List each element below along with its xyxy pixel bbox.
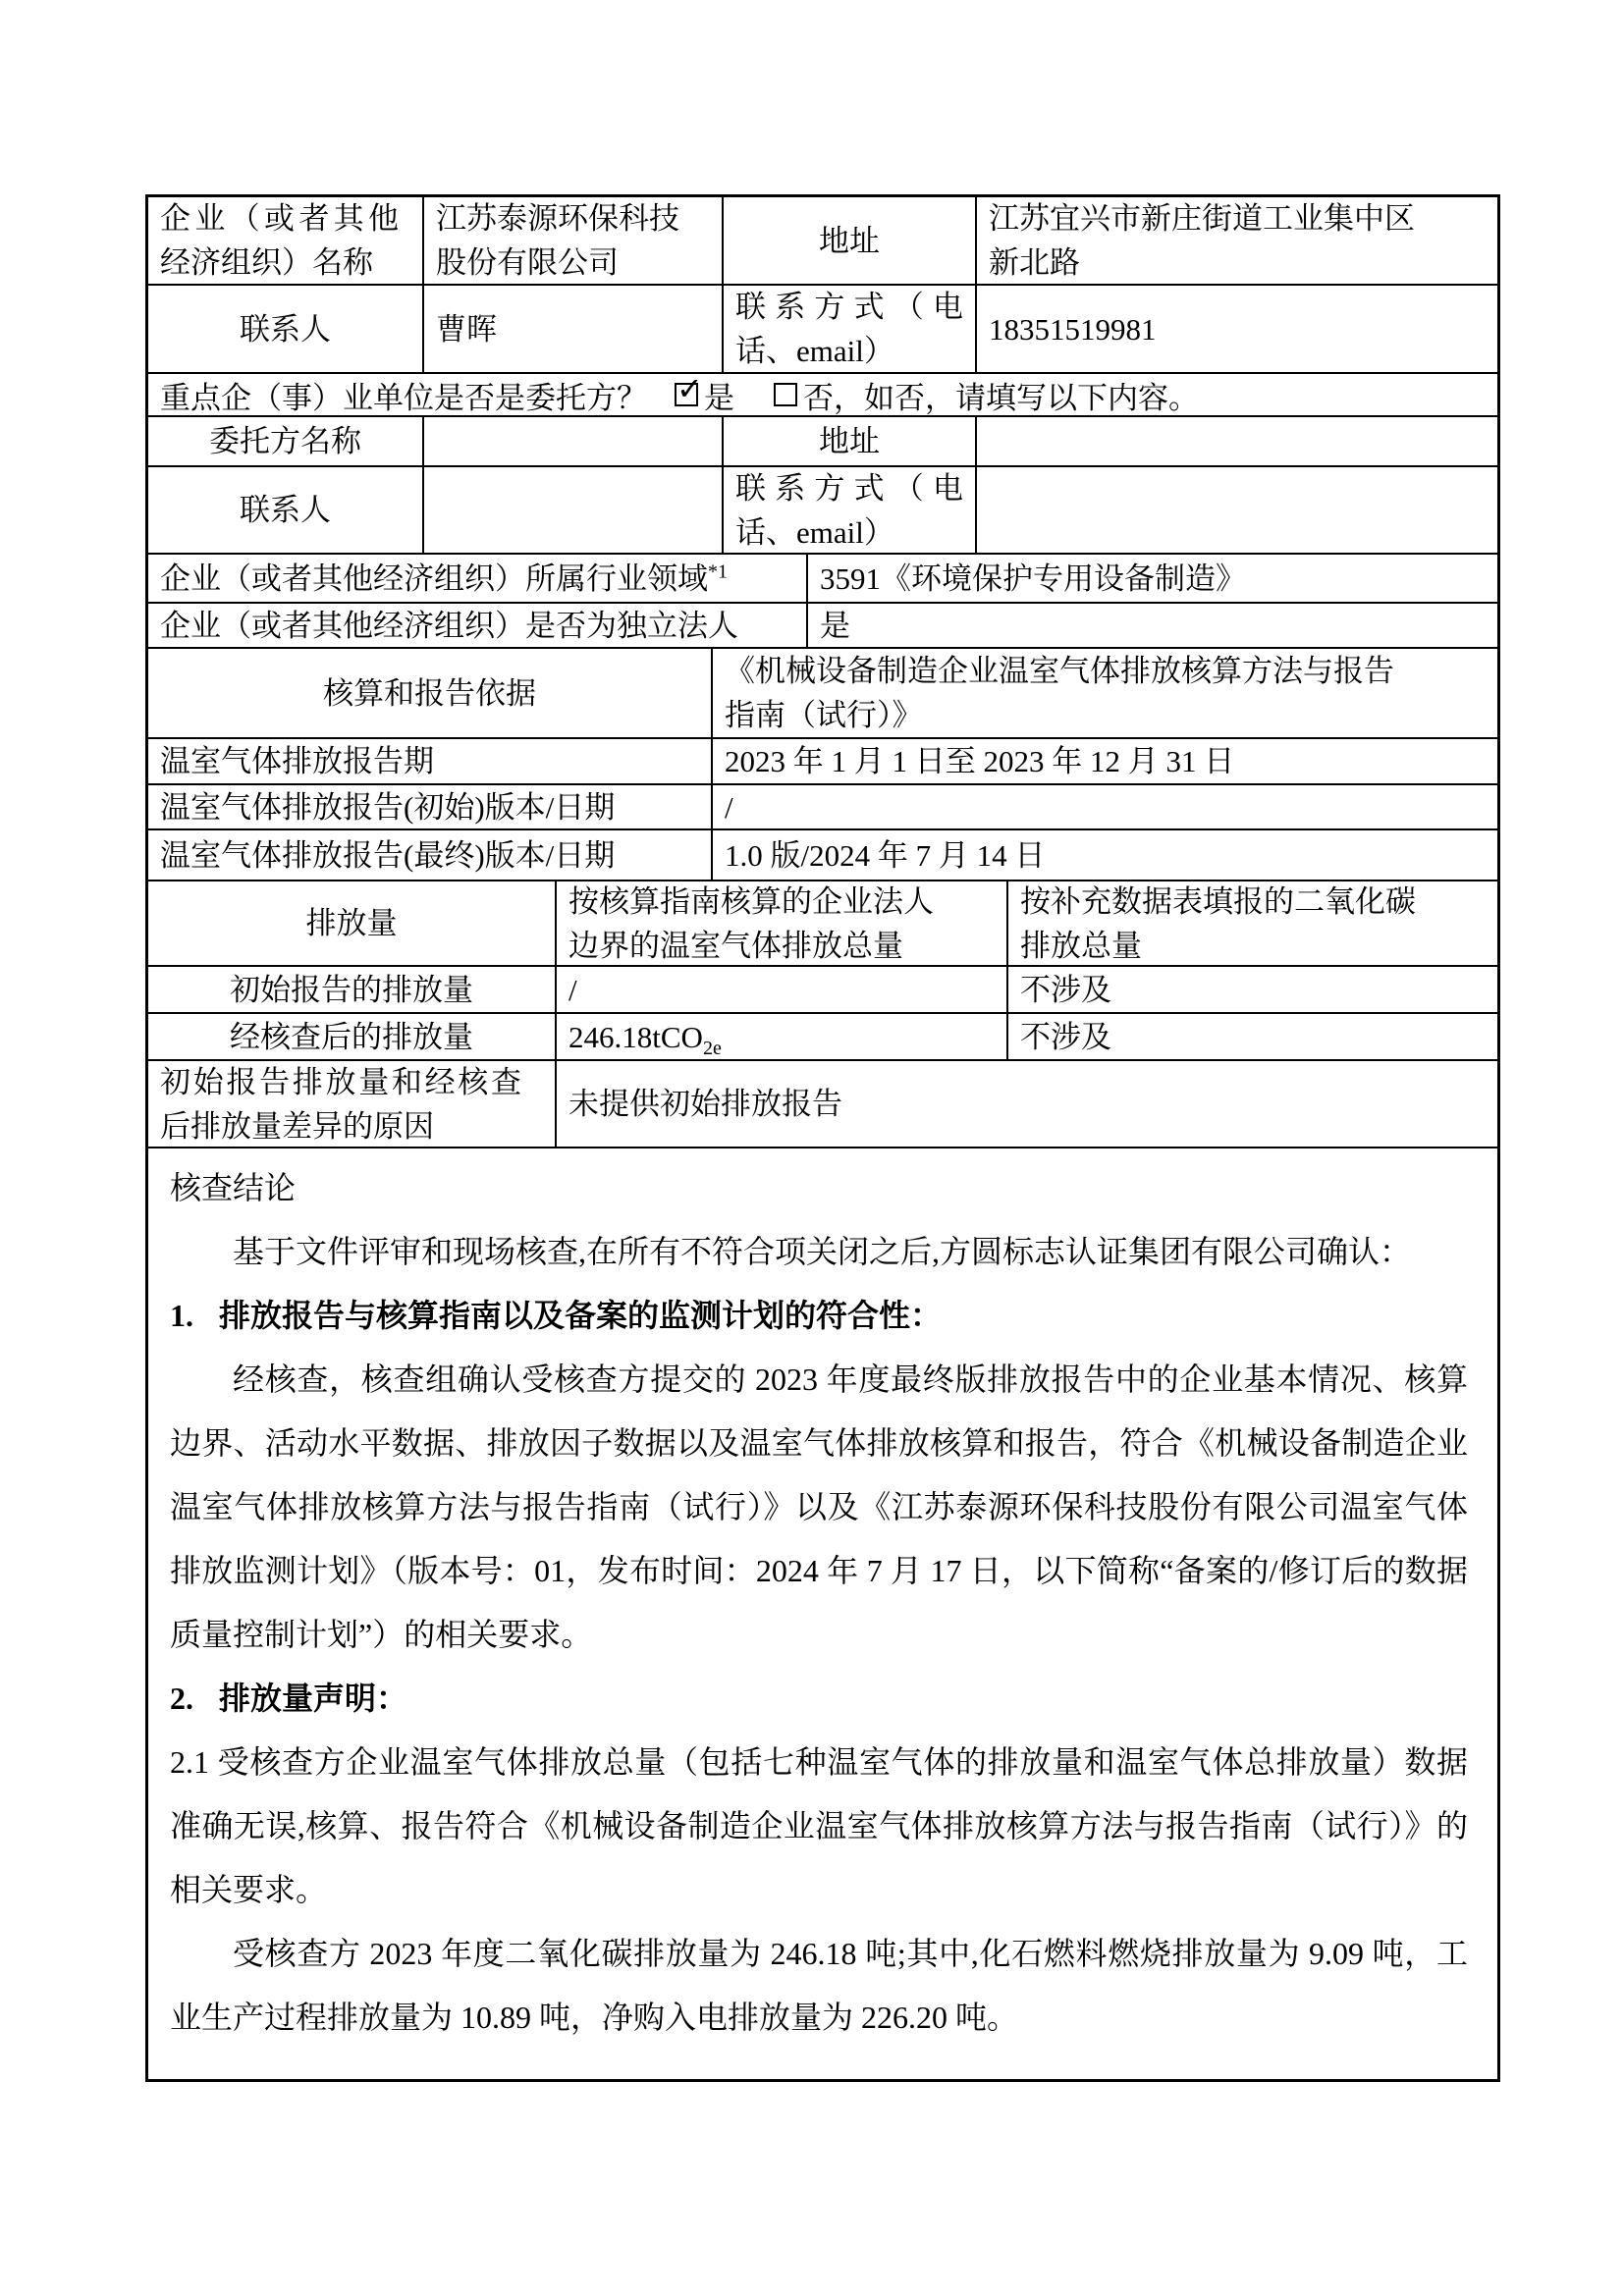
final-version-value: 1.0 版/2024 年 7 月 14 日 bbox=[713, 830, 1497, 880]
initial-version-row: 温室气体排放报告(初始)版本/日期 / bbox=[148, 785, 1497, 830]
client-contact-value bbox=[424, 467, 724, 553]
initial-emissions-label: 初始报告的排放量 bbox=[148, 967, 557, 1012]
legal-person-label: 企业（或者其他经济组织）是否为独立法人 bbox=[148, 604, 808, 647]
difference-reason-row: 初始报告排放量和经核查后排放量差异的原因 未提供初始排放报告 bbox=[148, 1061, 1497, 1148]
conclusion-row: 核查结论 基于文件评审和现场核查,在所有不符合项关闭之后,方圆标志认证集团有限公… bbox=[148, 1148, 1497, 2079]
initial-emissions-row: 初始报告的排放量 / 不涉及 bbox=[148, 967, 1497, 1014]
client-name-label: 委托方名称 bbox=[148, 417, 424, 465]
co2e-subscript: 2e bbox=[703, 1038, 722, 1059]
company-contact-label: 联系人 bbox=[148, 286, 424, 372]
no-option-label: 否，如否，请填写以下内容。 bbox=[803, 373, 1199, 417]
verified-emissions-row: 经核查后的排放量 246.18tCO2e 不涉及 bbox=[148, 1014, 1497, 1061]
verification-report-table: 企业（或者其他经济组织）名称 江苏泰源环保科技股份有限公司 地址 江苏宜兴市新庄… bbox=[145, 194, 1500, 2082]
reporting-period-row: 温室气体排放报告期 2023 年 1 月 1 日至 2023 年 12 月 31… bbox=[148, 739, 1497, 785]
section2-2-body: 受核查方 2023 年度二氧化碳排放量为 246.18 吨;其中,化石燃料燃烧排… bbox=[170, 1922, 1468, 2050]
section1-title: 排放报告与核算指南以及备案的监测计划的符合性： bbox=[219, 1298, 942, 1333]
footnote-marker: *1 bbox=[708, 561, 728, 582]
emissions-header-row: 排放量 按核算指南核算的企业法人边界的温室气体排放总量 按补充数据表填报的二氧化… bbox=[148, 881, 1497, 967]
initial-version-value: / bbox=[713, 785, 1497, 828]
company-name-label: 企业（或者其他经济组织）名称 bbox=[148, 197, 424, 284]
company-name-value: 江苏泰源环保科技股份有限公司 bbox=[424, 197, 724, 284]
client-address-value bbox=[977, 417, 1497, 465]
key-entity-question-row: 重点企（事）业单位是否是委托方？ ✓ 是 否，如否，请填写以下内容。 bbox=[148, 374, 1497, 417]
basis-label: 核算和报告依据 bbox=[148, 649, 713, 737]
basis-value: 《机械设备制造企业温室气体排放核算方法与报告指南（试行）》 bbox=[713, 649, 1497, 737]
section1-heading: 1.排放报告与核算指南以及备案的监测计划的符合性： bbox=[170, 1284, 1468, 1348]
final-version-label: 温室气体排放报告(最终)版本/日期 bbox=[148, 830, 713, 880]
client-phone-value bbox=[977, 467, 1497, 553]
unchecked-checkbox-icon[interactable] bbox=[774, 383, 797, 406]
emissions-col2-header: 按补充数据表填报的二氧化碳排放总量 bbox=[1008, 881, 1497, 965]
reporting-period-label: 温室气体排放报告期 bbox=[148, 739, 713, 783]
section2-number: 2. bbox=[170, 1681, 193, 1716]
verified-emissions-col1: 246.18tCO2e bbox=[557, 1014, 1008, 1059]
reporting-period-value: 2023 年 1 月 1 日至 2023 年 12 月 31 日 bbox=[713, 739, 1497, 783]
company-contact-value: 曹晖 bbox=[424, 286, 724, 372]
checked-checkbox-icon[interactable]: ✓ bbox=[675, 383, 698, 406]
legal-person-value: 是 bbox=[808, 604, 1497, 647]
section2-1-body: 2.1 受核查方企业温室气体排放总量（包括七种温室气体的排放量和温室气体总排放量… bbox=[170, 1731, 1468, 1922]
section2-title: 排放量声明： bbox=[219, 1681, 407, 1716]
legal-person-row: 企业（或者其他经济组织）是否为独立法人 是 bbox=[148, 604, 1497, 649]
initial-emissions-col2: 不涉及 bbox=[1008, 967, 1497, 1012]
yes-option-label: 是 bbox=[704, 373, 734, 417]
section1-number: 1. bbox=[170, 1298, 193, 1333]
conclusion-intro: 基于文件评审和现场核查,在所有不符合项关闭之后,方圆标志认证集团有限公司确认： bbox=[170, 1220, 1468, 1284]
company-phone-value: 18351519981 bbox=[977, 286, 1497, 372]
basis-row: 核算和报告依据 《机械设备制造企业温室气体排放核算方法与报告指南（试行）》 bbox=[148, 649, 1497, 739]
document-page: 企业（或者其他经济组织）名称 江苏泰源环保科技股份有限公司 地址 江苏宜兴市新庄… bbox=[0, 0, 1624, 2296]
conclusion-title: 核查结论 bbox=[170, 1156, 1468, 1220]
emissions-col1-header: 按核算指南核算的企业法人边界的温室气体排放总量 bbox=[557, 881, 1008, 965]
initial-emissions-col1: / bbox=[557, 967, 1008, 1012]
section2-heading: 2.排放量声明： bbox=[170, 1667, 1468, 1731]
final-version-row: 温室气体排放报告(最终)版本/日期 1.0 版/2024 年 7 月 14 日 bbox=[148, 830, 1497, 881]
industry-row: 企业（或者其他经济组织）所属行业领域*1 3591《环境保护专用设备制造》 bbox=[148, 555, 1497, 604]
company-contact-row: 联系人 曹晖 联系方式（电话、email） 18351519981 bbox=[148, 286, 1497, 374]
industry-value: 3591《环境保护专用设备制造》 bbox=[808, 555, 1497, 602]
client-name-value bbox=[424, 417, 724, 465]
company-address-value: 江苏宜兴市新庄街道工业集中区新北路 bbox=[977, 197, 1497, 284]
emissions-header-label: 排放量 bbox=[148, 881, 557, 965]
section1-body: 经核查，核查组确认受核查方提交的 2023 年度最终版排放报告中的企业基本情况、… bbox=[170, 1348, 1468, 1667]
verified-emissions-col2: 不涉及 bbox=[1008, 1014, 1497, 1059]
company-name-row: 企业（或者其他经济组织）名称 江苏泰源环保科技股份有限公司 地址 江苏宜兴市新庄… bbox=[148, 197, 1497, 286]
check-mark-icon: ✓ bbox=[677, 373, 703, 404]
company-address-label: 地址 bbox=[724, 197, 977, 284]
conclusion-cell: 核查结论 基于文件评审和现场核查,在所有不符合项关闭之后,方圆标志认证集团有限公… bbox=[148, 1148, 1497, 2079]
client-name-row: 委托方名称 地址 bbox=[148, 417, 1497, 467]
industry-label: 企业（或者其他经济组织）所属行业领域*1 bbox=[148, 555, 808, 602]
difference-reason-label: 初始报告排放量和经核查后排放量差异的原因 bbox=[148, 1061, 557, 1147]
client-contact-method-label: 联系方式（电话、email） bbox=[724, 467, 977, 553]
company-contact-method-label: 联系方式（电话、email） bbox=[724, 286, 977, 372]
client-contact-label: 联系人 bbox=[148, 467, 424, 553]
verified-emissions-label: 经核查后的排放量 bbox=[148, 1014, 557, 1059]
client-contact-row: 联系人 联系方式（电话、email） bbox=[148, 467, 1497, 555]
key-entity-question-text: 重点企（事）业单位是否是委托方？ bbox=[160, 373, 647, 417]
client-address-label: 地址 bbox=[724, 417, 977, 465]
initial-version-label: 温室气体排放报告(初始)版本/日期 bbox=[148, 785, 713, 828]
difference-reason-value: 未提供初始排放报告 bbox=[557, 1061, 1497, 1147]
